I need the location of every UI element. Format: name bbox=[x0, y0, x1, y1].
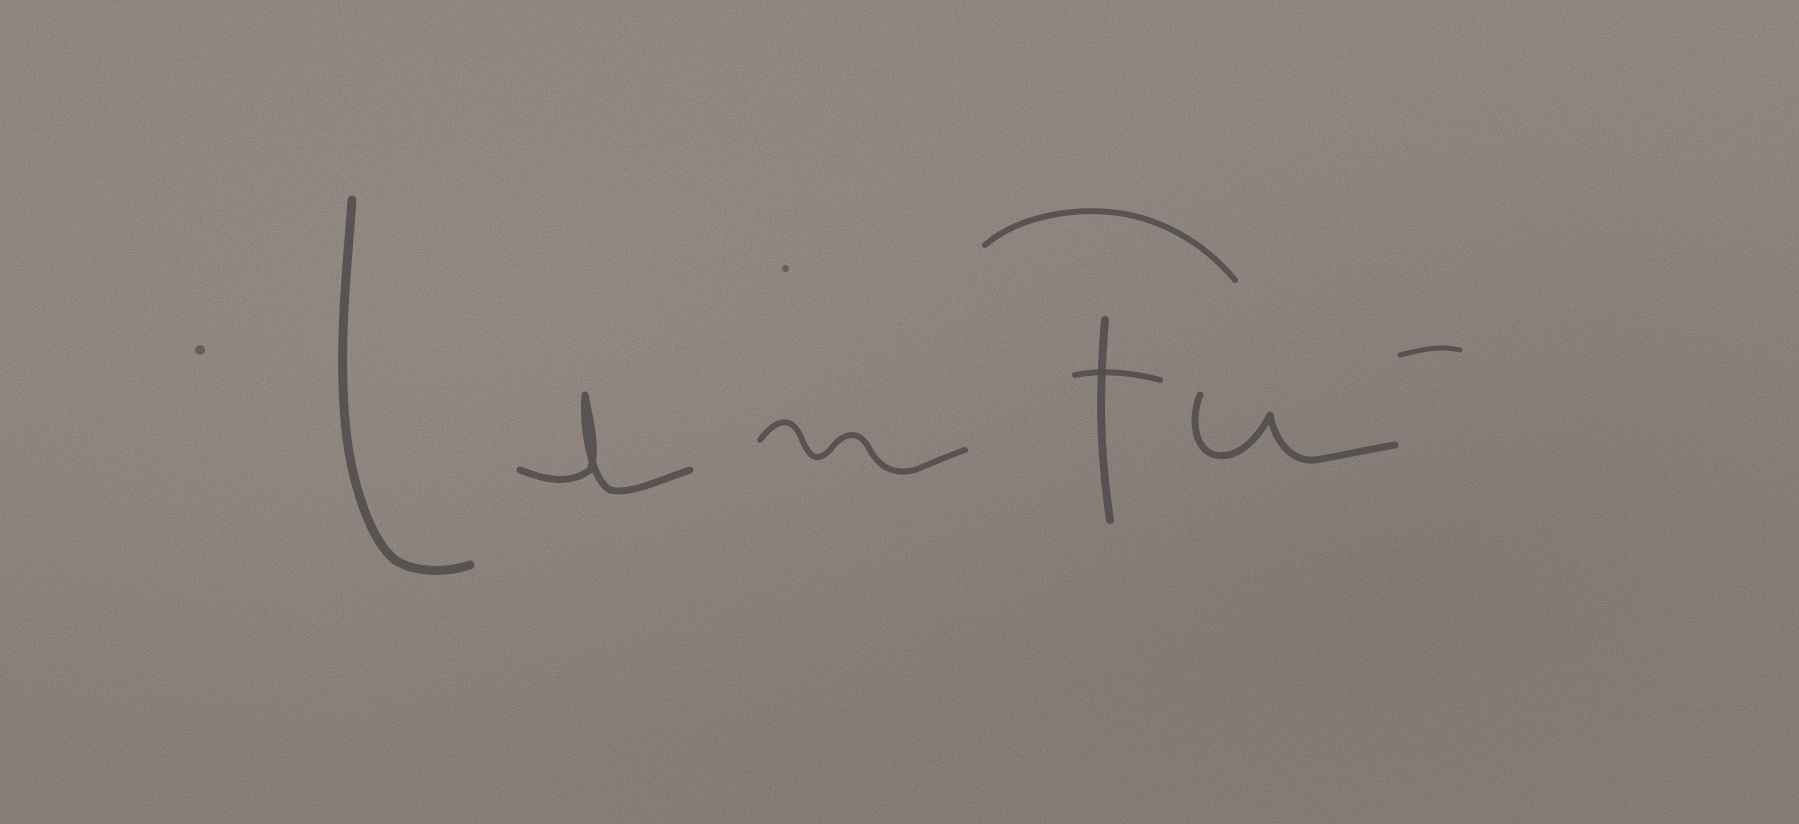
signature-stroke-flourish bbox=[1400, 348, 1460, 355]
signature-stroke-initial bbox=[343, 200, 470, 570]
signature-stroke-t-stem bbox=[1101, 320, 1110, 520]
signature-stroke-t-bar bbox=[1075, 372, 1160, 380]
signature-stroke-letters-1 bbox=[520, 395, 690, 491]
signature-stroke-arc bbox=[985, 211, 1235, 280]
signature-stroke-letters-2 bbox=[760, 422, 965, 471]
signature-stroke-letters-3 bbox=[1195, 395, 1395, 460]
signature bbox=[0, 0, 1799, 824]
